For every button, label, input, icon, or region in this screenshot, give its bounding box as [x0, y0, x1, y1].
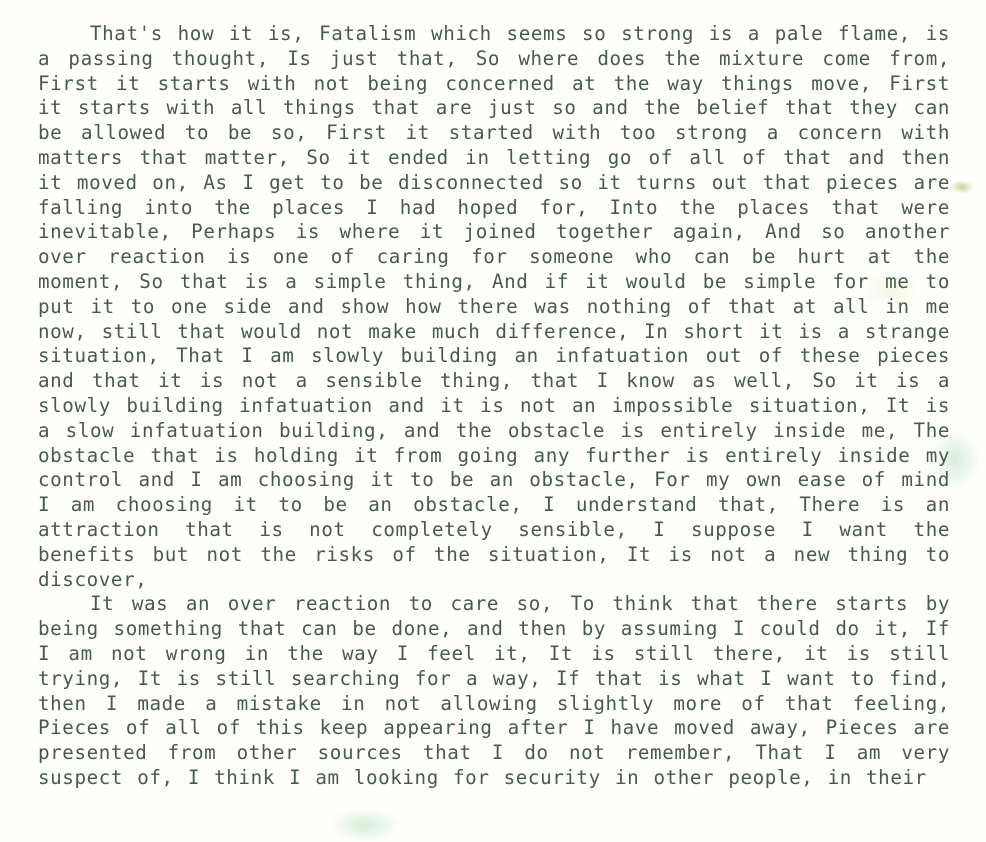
text-line: it starts with all things that are just … — [38, 96, 950, 121]
text-line: I am not wrong in the way I feel it, It … — [38, 642, 950, 667]
text-line: put it to one side and show how there wa… — [38, 295, 950, 320]
text-line: First it starts with not being concerned… — [38, 72, 950, 97]
text-line: I am choosing it to be an obstacle, I un… — [38, 493, 950, 518]
text-line: falling into the places I had hoped for,… — [38, 196, 950, 221]
text-line: obstacle that is holding it from going a… — [38, 444, 950, 469]
typed-text-body: That's how it is, Fatalism which seems s… — [38, 22, 950, 791]
text-line: over reaction is one of caring for someo… — [38, 245, 950, 270]
text-line: control and I am choosing it to be an ob… — [38, 468, 950, 493]
text-line: and that it is not a sensible thing, tha… — [38, 369, 950, 394]
text-line: moment, So that is a simple thing, And i… — [38, 270, 950, 295]
text-line: It was an over reaction to care so, To t… — [38, 592, 950, 617]
text-line: suspect of, I think I am looking for sec… — [38, 766, 950, 791]
text-line: attraction that is not completely sensib… — [38, 518, 950, 543]
ink-smudge — [330, 808, 400, 842]
text-line: a slow infatuation building, and the obs… — [38, 419, 950, 444]
text-line: That's how it is, Fatalism which seems s… — [38, 22, 950, 47]
text-line: a passing thought, Is just that, So wher… — [38, 47, 950, 72]
text-line: be allowed to be so, First it started wi… — [38, 121, 950, 146]
text-line: matters that matter, So it ended in lett… — [38, 146, 950, 171]
text-line: it moved on, As I get to be disconnected… — [38, 171, 950, 196]
ink-smudge — [950, 180, 974, 194]
text-line: situation, That I am slowly building an … — [38, 344, 950, 369]
text-line: inevitable, Perhaps is where it joined t… — [38, 220, 950, 245]
paragraph-2: It was an over reaction to care so, To t… — [38, 592, 950, 790]
text-line: benefits but not the risks of the situat… — [38, 543, 950, 568]
scanned-page: That's how it is, Fatalism which seems s… — [0, 0, 986, 842]
text-line: now, still that would not make much diff… — [38, 320, 950, 345]
text-line: slowly building infatuation and it is no… — [38, 394, 950, 419]
text-line: presented from other sources that I do n… — [38, 741, 950, 766]
paragraph-1: That's how it is, Fatalism which seems s… — [38, 22, 950, 592]
text-line: Pieces of all of this keep appearing aft… — [38, 716, 950, 741]
text-line: then I made a mistake in not allowing sl… — [38, 692, 950, 717]
text-line: being something that can be done, and th… — [38, 617, 950, 642]
text-line: discover, — [38, 568, 950, 593]
text-line: trying, It is still searching for a way,… — [38, 667, 950, 692]
